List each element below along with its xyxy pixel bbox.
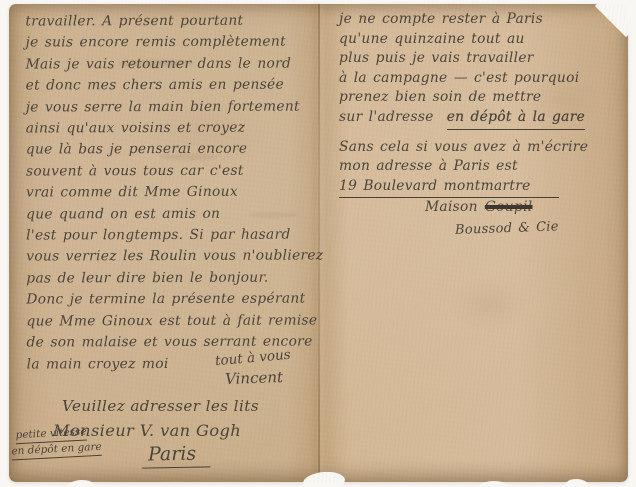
letter-line: travailler. A présent pourtant	[25, 10, 318, 32]
letter-line: Mais je vais retourner dans le nord	[26, 53, 319, 75]
letter-line: vrai comme dit Mme Ginoux	[26, 182, 319, 204]
letter-line: plus puis je vais travailler	[339, 49, 623, 69]
underlined-street-address: 19 Boulevard montmartre	[339, 177, 559, 199]
torn-edge-notch	[479, 481, 509, 487]
maison-prefix: Maison	[425, 199, 478, 215]
signature-vincent: Vincent	[225, 368, 284, 388]
letter-line: je ne compte rester à Paris	[339, 10, 623, 30]
corner-shipping-note: petite vitesse en dépôt en gare	[15, 424, 102, 460]
shipping-instruction-line: Veuillez adresser les lits	[62, 397, 259, 415]
letter-line: l'est pour longtemps. Si par hasard	[26, 225, 319, 247]
underlined-depot-phrase: en dépôt à la gare	[447, 108, 585, 130]
letter-line: que Mme Ginoux est tout à fait remise	[26, 310, 319, 332]
letter-line: Sans cela si vous avez à m'écrire	[339, 138, 623, 158]
right-page-text-block: je ne compte rester à Paris qu'une quinz…	[339, 10, 623, 238]
letter-line: et donc mes chers amis en pensée	[26, 75, 319, 97]
company-name-line: Boussod & Cie	[455, 215, 624, 240]
torn-edge-notch	[302, 470, 345, 487]
torn-edge-notch	[67, 479, 96, 487]
shipping-city-line: Paris	[142, 443, 210, 468]
letter-line: vous verriez les Roulin vous n'oublierez	[26, 246, 319, 268]
letter-line: mon adresse à Paris est	[339, 157, 623, 177]
letter-line: Donc je termine la présente espérant	[26, 289, 319, 311]
paragraph-gap	[339, 130, 623, 138]
underlined-city: Paris	[142, 442, 211, 468]
letter-sheet: travailler. A présent pourtant je suis e…	[9, 4, 628, 482]
address-instruction-line: sur l'adresseen dépôt à la gare	[339, 108, 623, 130]
photo-background: travailler. A présent pourtant je suis e…	[0, 0, 636, 487]
letter-line: je suis encore remis complètement	[25, 32, 318, 54]
street-address-line: 19 Boulevard montmartre	[339, 177, 623, 199]
letter-line: pas de leur dire bien le bonjour.	[26, 267, 319, 289]
letter-line: prenez bien soin de mettre	[339, 88, 623, 108]
torn-edge-notch	[565, 478, 590, 487]
letter-line: à la campagne — c'est pourquoi	[339, 69, 623, 89]
corner-note-line: en dépôt en gare	[11, 440, 102, 461]
letter-line: qu'une quinzaine tout au	[339, 30, 623, 50]
crossed-out-word-goupil: Goupil	[485, 199, 533, 215]
address-instruction-prefix: sur l'adresse	[339, 109, 434, 125]
letter-line: souvent à vous tous car c'est	[26, 160, 319, 182]
left-page-text-block: travailler. A présent pourtant je suis e…	[25, 10, 319, 375]
letter-line: que là bas je penserai encore	[26, 139, 319, 161]
letter-line: que quand on est amis on	[26, 203, 319, 225]
maison-line: MaisonGoupil	[425, 198, 623, 218]
letter-line: je vous serre la main bien fortement	[26, 96, 319, 118]
letter-line: ainsi qu'aux voisins et croyez	[26, 118, 319, 140]
